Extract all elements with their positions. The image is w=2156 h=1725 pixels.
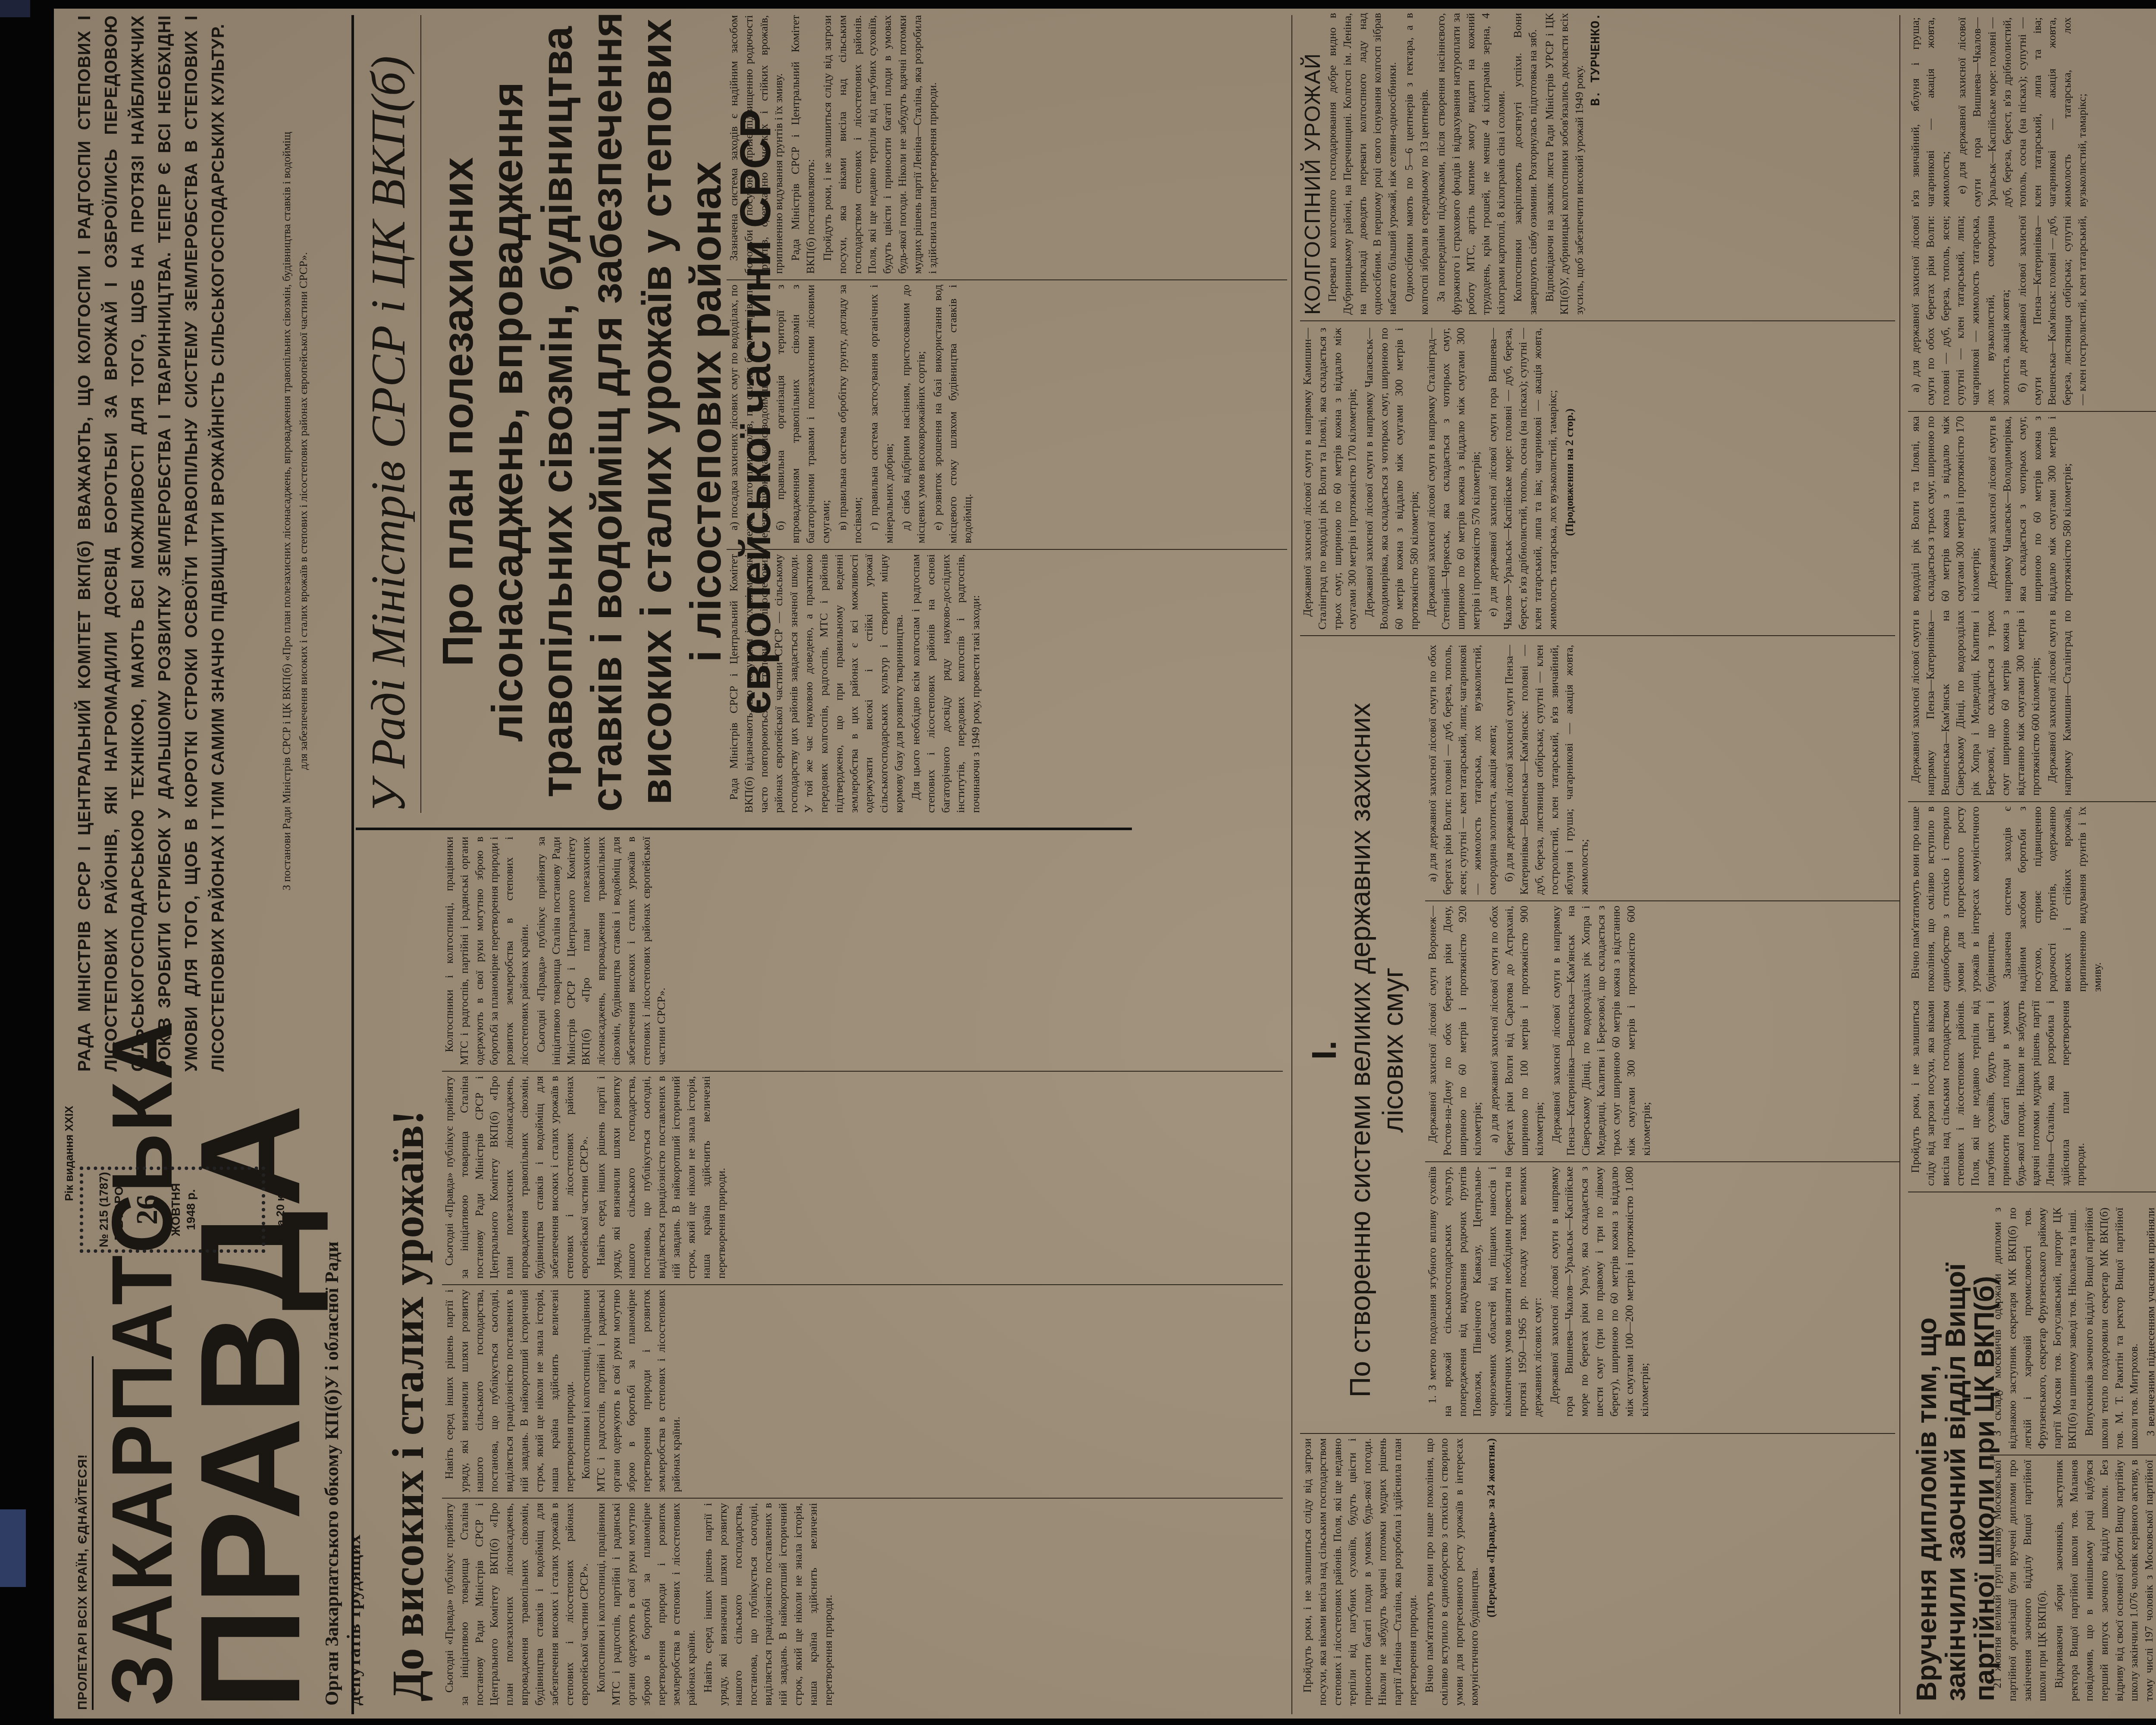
decree-paragraph: Зазначена система заходів є надійним зас…	[2000, 806, 2105, 992]
editorial-column-4: Колгоспники і колгоспниці, працівники МТ…	[442, 837, 1283, 1065]
weekday: ВІВТОРОК	[111, 1170, 126, 1249]
decree-kicker: У Раді Міністрів СРСР і ЦК ВКП(б)	[364, 11, 413, 813]
publisher-line: Орган Закарпатського обкому КП(б)У і обл…	[321, 1231, 365, 1706]
section-paragraph: Державної захисної лісової смуги в напря…	[1549, 906, 1654, 1156]
year: 1948 р.	[183, 1170, 198, 1249]
diplomas-title: Вручення дипломів тим, що закінчили заоч…	[1912, 1184, 1999, 1701]
section-column-1: 1. З метою подолання згубного впливу сух…	[1425, 1167, 1899, 1417]
section-paragraph: Державної захисної лісової смуги в напря…	[1908, 610, 2043, 796]
species-column: Державної захисної лісової смуги в напря…	[1300, 328, 1895, 630]
editorial-paragraph: Сьогодні «Правда» публікує прийняту за і…	[442, 1076, 592, 1279]
species-paragraph: е) для державної захисної лісової смуги …	[1485, 328, 1561, 630]
band-rule	[1291, 15, 1292, 1714]
diplomas-paragraph: Випускників заочного відділу Вищої парті…	[2082, 1207, 2142, 1449]
slogan: ПРОЛЕТАРІ ВСІХ КРАЇН, ЄДНАЙТЕСЯ!	[75, 1356, 94, 1710]
column-divider	[1425, 1161, 1899, 1162]
editorial-paragraph: Навіть серед інших рішень партії і уряду…	[701, 1503, 836, 1706]
decree-column-3: Зазначена система заходів є надійним зас…	[727, 15, 1287, 274]
species-lower-columns: а) для державної захисної лісової смуги …	[1908, 17, 2156, 405]
column-rule	[356, 828, 1132, 830]
decree-paragraph: г) правильна система застосування органі…	[867, 285, 897, 543]
decree-column-2: а) посадка захисних лісових смуг по водо…	[727, 285, 1287, 543]
section-number: I.	[1304, 684, 1344, 1417]
decree-paragraph: б) правильна організація території з впр…	[773, 285, 833, 543]
section-column-2: Державної захисної лісової смуги Воронеж…	[1425, 906, 1899, 1156]
pravda-source: (Передова «Правды» за 24 жовтня.)	[1484, 1438, 1499, 1706]
editorial-column-1: Сьогодні «Правда» публікує прийняту за і…	[442, 1503, 1283, 1706]
newspaper-page: ПРОЛЕТАРІ ВСІХ КРАЇН, ЄДНАЙТЕСЯ! ЗАКАРПА…	[54, 9, 2156, 1719]
pravda-lower-columns: Пройдуть роки, і не залишиться сліду від…	[1908, 806, 2156, 1186]
scan-background	[0, 0, 30, 17]
section-paragraph: Державної захисної лісової смуги в напря…	[1300, 328, 1360, 630]
pravda-continuation-column: Пройдуть роки, і не залишиться сліду від…	[1300, 1438, 1895, 1706]
column-divider	[1300, 1433, 1895, 1434]
editorial-column-3: Сьогодні «Правда» публікує прийняту за і…	[442, 1076, 1283, 1279]
diplomas-column-2: З складу москвичів одержали дипломи з ві…	[1990, 1207, 2156, 1449]
section-paragraph: Державної захисної лісової смуги Воронеж…	[1425, 906, 1485, 1156]
column-divider	[1908, 801, 2156, 802]
column-divider	[727, 279, 1287, 280]
decree-column-1: Рада Міністрів СРСР і Центральний Коміте…	[727, 554, 1287, 813]
day: 26	[131, 1170, 164, 1249]
column-divider	[1908, 1192, 2156, 1192]
price: Ціна 20 коп.	[274, 1179, 287, 1244]
section-lower-columns: Державної захисної лісової смуги в напря…	[1908, 416, 2156, 796]
harvest-title: КОЛГОСПНИЙ УРОЖАЙ	[1300, 13, 1325, 315]
diplomas-paragraph: З величезним піднесенням учасники прийня…	[2143, 1207, 2156, 1449]
scan-background-edge	[0, 1509, 26, 1587]
section-title: По створенню системи великих державних з…	[1344, 684, 1410, 1417]
month: ЖОВТНЯ	[168, 1170, 183, 1249]
column-divider	[1300, 320, 1895, 321]
section-paragraph: Державної захисної лісової смуги в напря…	[1985, 416, 2075, 602]
continuation-note: (Продовження на 2 стор.)	[1562, 328, 1577, 630]
harvest-paragraph: Одноосібники мають по 5—6 центнерів з ге…	[1402, 13, 1432, 315]
editorial-paragraph: Колгоспники і колгоспниці, працівники МТ…	[579, 1289, 684, 1492]
decree-paragraph: Рада Міністрів СРСР і Центральний Коміте…	[788, 15, 818, 274]
harvest-paragraph: Колгоспники закріплюють досягнуті успіхи…	[1510, 13, 1541, 315]
editorial-paragraph: Колгоспники і колгоспниці, працівники МТ…	[594, 1503, 699, 1706]
kicker-rule	[420, 15, 421, 813]
species-paragraph: а) для державної захисної лісової смуги …	[1425, 645, 1500, 895]
section-paragraph: Державної захисної лісової смуги в напря…	[1547, 1167, 1652, 1417]
editorial-paragraph: Колгоспники і колгоспниці, працівники МТ…	[442, 837, 532, 1065]
pravda-paragraph: Пройдуть роки, і не залишиться сліду від…	[1908, 1000, 2088, 1186]
section-paragraph: Державної захисної лісової смуги в напря…	[1424, 328, 1484, 630]
decree-paragraph: Рада Міністрів СРСР і Центральний Коміте…	[727, 554, 907, 813]
harvest-signature: В. ТУРЧЕНКО.	[1589, 13, 1604, 315]
pravda-paragraph: Пройдуть роки, і не залишиться сліду від…	[820, 15, 940, 274]
column-divider	[1300, 635, 1895, 636]
harvest-paragraph: Переваги колгоспного господарювання добр…	[1325, 13, 1400, 315]
band-rule	[1899, 15, 1900, 1714]
decree-paragraph: в) правильна система обробітку ґрунту, д…	[835, 285, 865, 543]
decree-paragraph: Для цього необхідно всім колгоспам і рад…	[909, 554, 984, 813]
harvest-paragraph: За попередніми підсумками, після створен…	[1434, 13, 1509, 315]
editorial-paragraph: Навіть серед інших рішень партії і уряду…	[594, 1076, 729, 1279]
editorial-column-2: Навіть серед інших рішень партії і уряду…	[442, 1289, 1283, 1492]
pravda-paragraph: Вічно пам'ятатимуть вони про наше поколі…	[1908, 806, 1998, 992]
masthead-rule	[351, 15, 354, 1714]
diplomas-paragraph: 21 жовтня великій групі активу Московськ…	[1990, 1460, 2050, 1701]
bulletin-quote: РАДА МІНІСТРІВ СРСР І ЦЕНТРАЛЬНИЙ КОМІТЕ…	[71, 15, 232, 1072]
decree-paragraph: Зазначена система заходів є надійним зас…	[727, 15, 787, 274]
column-divider	[727, 549, 1287, 550]
diplomas-column-1: 21 жовтня великій групі активу Московськ…	[1990, 1460, 2156, 1701]
column-divider	[442, 1071, 1283, 1072]
editorial-paragraph: Сьогодні «Правда» публікує прийняту за і…	[442, 1503, 592, 1706]
column-divider	[442, 1284, 1283, 1285]
section-paragraph: а) для державної захисної лісової смуги …	[1487, 906, 1547, 1156]
column-divider	[1908, 411, 2156, 412]
column-divider	[1425, 900, 1899, 901]
editorial-paragraph: Сьогодні «Правда» публікує прийняту за і…	[534, 837, 669, 1065]
harvest-article: КОЛГОСПНИЙ УРОЖАЙ Переваги колгоспного г…	[1300, 13, 1895, 315]
decree-paragraph: д) сівба відбірним насінням, пристосован…	[899, 285, 929, 543]
species-paragraph: а) для державної захисної лісової смуги …	[1908, 216, 2013, 405]
diplomas-paragraph: З складу москвичів одержали дипломи з ві…	[1990, 1207, 2080, 1449]
pravda-paragraph: Вічно пам'ятатимуть вони про наше поколі…	[1422, 1438, 1482, 1706]
decree-paragraph: е) розвиток зрошення на базі використанн…	[931, 285, 975, 543]
column-divider	[1990, 1455, 2156, 1455]
decree-paragraph: а) посадка захисних лісових смуг по водо…	[727, 285, 771, 543]
editorial-headline: До високих і сталих урожаїв!	[386, 865, 431, 1701]
section-column-3: а) для державної захисної лісової смуги …	[1425, 645, 1899, 895]
harvest-paragraph: Відповідаючи на заклик листа Ради Мініст…	[1542, 13, 1587, 315]
pravda-paragraph: Пройдуть роки, і не залишиться сліду від…	[1300, 1438, 1420, 1706]
section-paragraph: Державної захисної лісової смуги в напря…	[1362, 328, 1422, 630]
issue-number: № 215 (1787)	[96, 1170, 111, 1249]
species-paragraph: е) для державної захисної лісової смуги …	[1955, 17, 2090, 207]
column-divider	[442, 1498, 1283, 1499]
section-header: I. По створенню системи великих державни…	[1304, 684, 1410, 1417]
editorial-paragraph: Навіть серед інших рішень партії і уряду…	[442, 1289, 577, 1492]
issue-date-box: № 215 (1787) ВІВТОРОК 26 ЖОВТНЯ 1948 р.	[80, 1167, 265, 1253]
species-paragraph: б) для державної лісової захисної смуги …	[1502, 645, 1592, 895]
diplomas-paragraph: Відкриваючи збори заочників, заступник р…	[2052, 1460, 2156, 1701]
bulletin-source-note: З постанови Ради Міністрів СРСР і ЦК ВКП…	[278, 123, 312, 899]
section-paragraph: 1. З метою подолання згубного впливу сух…	[1425, 1167, 1545, 1417]
year-of-publication: Рік видання XXIX	[63, 1106, 76, 1201]
